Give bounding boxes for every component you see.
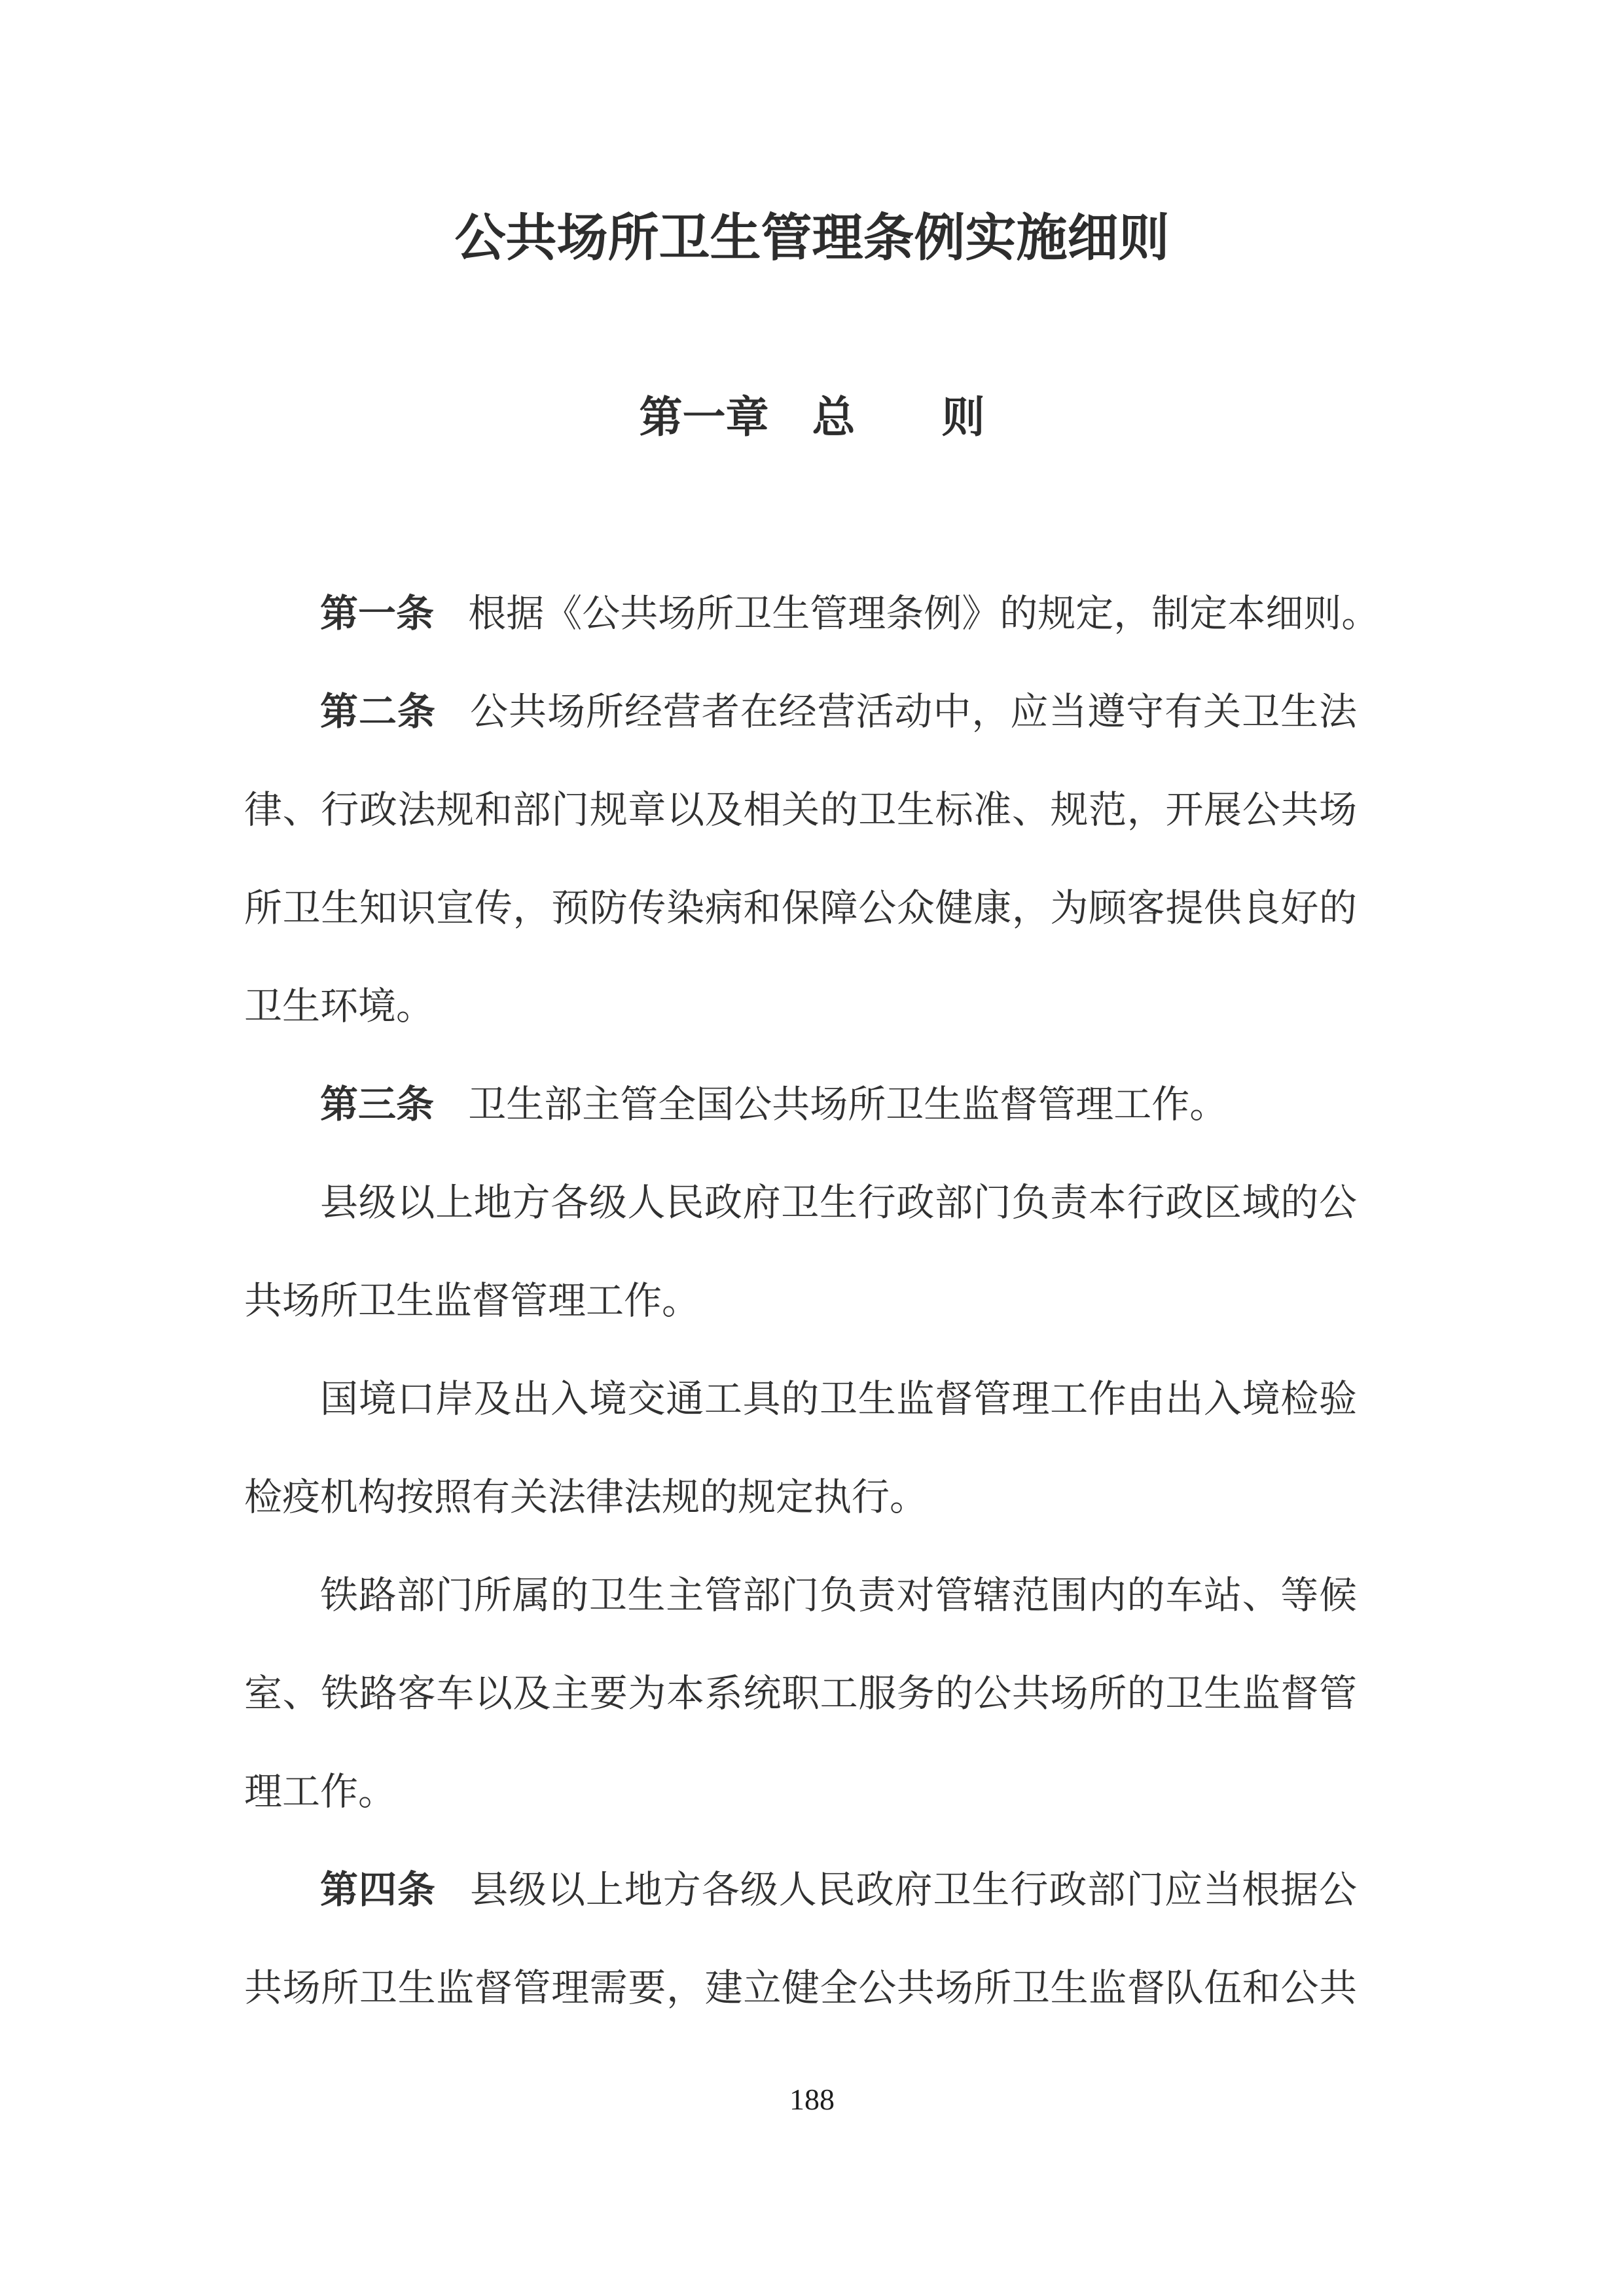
article-number: 第三条	[320, 1083, 434, 1126]
document-body: 第一条根据《公共场所卫生管理条例》的规定，制定本细则。 第二条公共场所经营者在经…	[244, 565, 1357, 2037]
line-text: 所卫生知识宣传，预防传染病和保障公众健康，为顾客提供良好的	[244, 887, 1357, 929]
line-text: 室、铁路客车以及主要为本系统职工服务的公共场所的卫生监督管	[244, 1672, 1357, 1715]
body-line: 国境口岸及出入境交通工具的卫生监督管理工作由出入境检验	[244, 1350, 1357, 1448]
body-line: 律、行政法规和部门规章以及相关的卫生标准、规范，开展公共场	[244, 761, 1357, 859]
article-number: 第一条	[320, 592, 434, 635]
line-text: 共场所卫生监督管理需要，建立健全公共场所卫生监督队伍和公共	[244, 1967, 1357, 2009]
body-line: 卫生环境。	[244, 958, 1357, 1056]
line-text: 卫生部主管全国公共场所卫生监督管理工作。	[468, 1083, 1227, 1126]
body-line: 共场所卫生监督管理工作。	[244, 1252, 1357, 1350]
article-number: 第四条	[320, 1869, 436, 1911]
line-text: 县级以上地方各级人民政府卫生行政部门应当根据公	[470, 1869, 1357, 1911]
document-title: 公共场所卫生管理条例实施细则	[0, 212, 1624, 264]
body-line: 县级以上地方各级人民政府卫生行政部门负责本行政区域的公	[244, 1154, 1357, 1252]
document-page: 公共场所卫生管理条例实施细则 第一章 总 则 第一条根据《公共场所卫生管理条例》…	[0, 0, 1624, 2296]
body-line: 共场所卫生监督管理需要，建立健全公共场所卫生监督队伍和公共	[244, 1939, 1357, 2037]
body-line: 所卫生知识宣传，预防传染病和保障公众健康，为顾客提供良好的	[244, 859, 1357, 958]
body-line: 理工作。	[244, 1743, 1357, 1841]
line-text: 国境口岸及出入境交通工具的卫生监督管理工作由出入境检验	[320, 1378, 1357, 1420]
body-line: 第三条卫生部主管全国公共场所卫生监督管理工作。	[244, 1056, 1357, 1154]
line-text: 检疫机构按照有关法律法规的规定执行。	[244, 1476, 928, 1518]
body-line: 铁路部门所属的卫生主管部门负责对管辖范围内的车站、等候	[244, 1547, 1357, 1645]
line-text: 公共场所经营者在经营活动中，应当遵守有关卫生法	[470, 691, 1357, 733]
body-line: 第一条根据《公共场所卫生管理条例》的规定，制定本细则。	[244, 565, 1357, 663]
line-text: 铁路部门所属的卫生主管部门负责对管辖范围内的车站、等候	[320, 1574, 1357, 1617]
page-number: 188	[0, 2084, 1624, 2115]
body-line: 第二条公共场所经营者在经营活动中，应当遵守有关卫生法	[244, 663, 1357, 761]
body-line: 室、铁路客车以及主要为本系统职工服务的公共场所的卫生监督管	[244, 1645, 1357, 1743]
line-text: 卫生环境。	[244, 985, 434, 1028]
line-text: 根据《公共场所卫生管理条例》的规定，制定本细则。	[468, 592, 1379, 635]
line-text: 共场所卫生监督管理工作。	[244, 1280, 700, 1322]
body-line: 第四条县级以上地方各级人民政府卫生行政部门应当根据公	[244, 1841, 1357, 1939]
body-line: 检疫机构按照有关法律法规的规定执行。	[244, 1448, 1357, 1547]
line-text: 县级以上地方各级人民政府卫生行政部门负责本行政区域的公	[320, 1181, 1357, 1224]
article-number: 第二条	[320, 691, 436, 733]
line-text: 律、行政法规和部门规章以及相关的卫生标准、规范，开展公共场	[244, 789, 1357, 831]
chapter-heading: 第一章 总 则	[0, 395, 1624, 441]
line-text: 理工作。	[244, 1770, 396, 1813]
